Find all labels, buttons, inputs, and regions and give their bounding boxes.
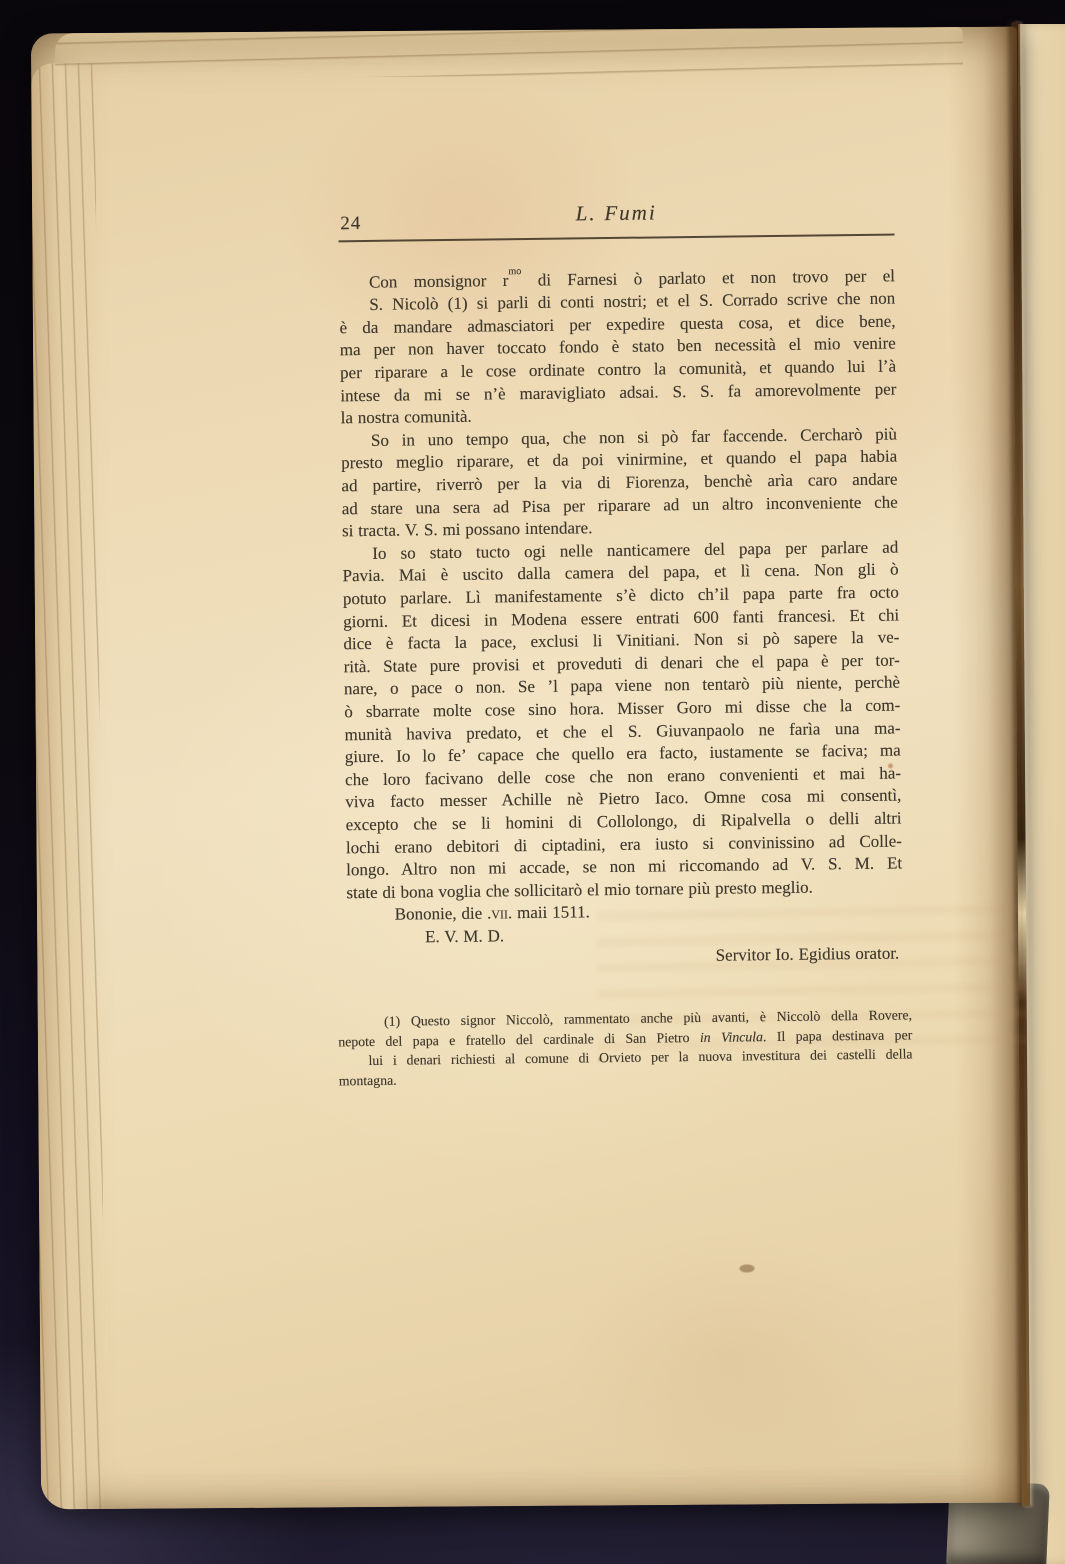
dateline-text: Bononie, die . [395, 904, 492, 924]
page-number: 24 [340, 213, 361, 236]
paragraph-lines: S. Nicolò (1) si parli di conti nostri; … [339, 288, 897, 430]
superscript-abbreviation: mo [508, 267, 521, 278]
letter-body: Con monsignor rmo di Farnesi ò parlato e… [339, 262, 904, 973]
page-edges-left [31, 63, 105, 1509]
footnote-text: nepote del papa e fratello del cardinale… [338, 1030, 700, 1049]
line-text: di Farnesi ò parlato et non trovo per el [521, 266, 895, 290]
roman-numeral: vii [491, 904, 508, 923]
book-page: 24 L. Fumi Con monsignor rmo di Farnesi … [31, 27, 1027, 1510]
paragraph-2: So in uno tempo qua, che non si pò far f… [341, 423, 898, 543]
running-title: L. Fumi [338, 199, 894, 228]
page-content: 24 L. Fumi Con monsignor rmo di Farnesi … [338, 199, 905, 1091]
paragraph-1: Con monsignor rmo di Farnesi ò parlato e… [339, 262, 897, 431]
paragraph-3: Io so stato tucto ogi nelle nanticamere … [342, 536, 902, 904]
footnote-italic: in Vincula [700, 1029, 763, 1045]
footnote: (1) Questo signor Niccolò, rammentato an… [338, 1005, 913, 1090]
book-photo: 24 L. Fumi Con monsignor rmo di Farnesi … [0, 0, 1065, 1564]
footnote-text: . Il papa destinava per [763, 1027, 913, 1044]
footnote-lines: lui i denari richiesti al comune di Orvi… [338, 1045, 912, 1091]
paper-speck [739, 1264, 754, 1272]
dateline-text: . maii 1511. [508, 903, 590, 923]
header-rule [338, 234, 894, 243]
page-edges-top [55, 27, 963, 79]
page-header: 24 L. Fumi [338, 199, 894, 236]
line-text: Con monsignor r [369, 271, 509, 292]
